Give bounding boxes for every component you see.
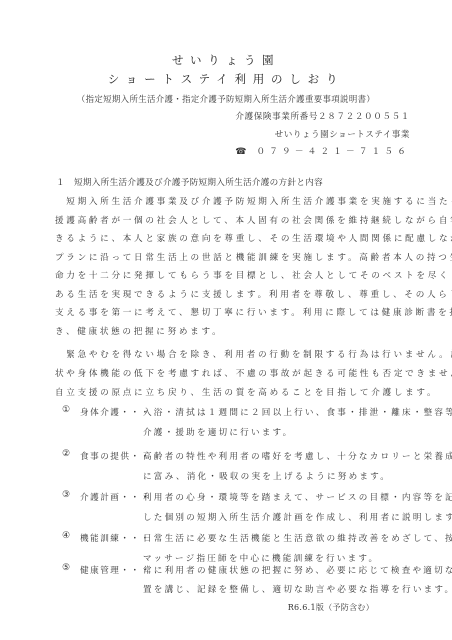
item-text-continued: 介護・援助を適切に行います。: [143, 426, 293, 438]
item-number: ④: [62, 531, 70, 541]
item-text: 常に利用者の健康状態の把握に努め、必要に応じて検査や適切な措: [143, 564, 452, 576]
item-text: 高齢者の特性や利用者の嗜好を考慮し、十分なカロリーと栄養成分: [143, 450, 452, 462]
section-number: １: [56, 176, 74, 188]
paragraph-line: 自立支援の原点に立ち戻り、生活の質を高めることを目指して介護します。: [55, 386, 438, 398]
document-subtitle: ショートステイ利用のしおり: [0, 71, 452, 87]
paragraph-line: き、健康状態の把握に努めます。: [55, 325, 223, 337]
item-text-continued: マッサージ指圧師を中心に機能訓練を行います。: [143, 552, 379, 564]
item-text-continued: に富み、消化・吸収の実を上げるように努めます。: [143, 470, 391, 482]
section-heading-text: 短期入所生活介護及び介護予防短期入所生活介護の方針と内容: [74, 178, 323, 188]
item-text: 入浴・清拭は１週間に２回以上行い、食事・排泄・離床・整容等の: [143, 406, 452, 418]
paragraph-line: 緊急やむを得ない場合を除き、利用者の行動を制限する行為は行いません。認知症の症: [55, 348, 452, 360]
item-number: ⑤: [62, 563, 70, 573]
paragraph-line: 支える事を第一に考えて、懇切丁寧に行います。利用に際しては健康診断書を提出して戴: [55, 306, 452, 318]
provider-number: 介護保険事業所番号２８７２２００５５１: [235, 110, 410, 122]
item-number: ②: [62, 449, 70, 459]
item-label: 身体介護・・・: [80, 406, 151, 418]
document-title: せいりょう園: [0, 52, 452, 68]
phone-number: ０７９－４２１－７１５６: [256, 147, 410, 157]
item-label: 機能訓練・・・: [80, 532, 151, 544]
document-description: （指定短期入所生活介護・指定介護予防短期入所生活介護重要事項説明書）: [0, 93, 452, 105]
paragraph-line: プランに沿って日常生活上の世話と機能訓練を実施します。高齢者本人の持つ生活力・生: [55, 251, 452, 263]
item-text: 日常生活に必要な生活機能と生活意欲の維持改善をめざして、按摩: [143, 532, 452, 544]
item-label: 介護計画・・・: [80, 491, 151, 503]
phone-icon: ☎: [235, 147, 246, 157]
paragraph-line: 状や身体機能の低下を考慮すれば、不慮の事故が起きる可能性も否定できませんが、常に: [55, 367, 452, 379]
paragraph-line: ある生活を実現できるように支援します。利用者を尊敬し、尊重し、その人らしい生活を: [55, 288, 452, 300]
item-label: 健康管理・・・: [80, 564, 151, 576]
paragraph-line: 命力を十二分に発揮してもらう事を目標とし、社会人としてそのベストを尽くし、尊厳の: [55, 269, 452, 281]
item-text-continued: 置を講じ、記録を整備し、適切な助言や必要な指導を行います。: [143, 583, 452, 595]
item-text-continued: した個別の短期入所生活介護計画を作成し、利用者に説明します。: [143, 511, 452, 523]
section-heading: １短期入所生活介護及び介護予防短期入所生活介護の方針と内容: [56, 176, 323, 188]
business-name: せいりょう園ショートステイ事業: [275, 128, 410, 140]
item-number: ③: [62, 490, 70, 500]
paragraph-line: きるように、本人と家族の意向を尊重し、その生活環境や人間関係に配慮しながら、ケア: [55, 232, 452, 244]
phone-line: ☎０７９－４２１－７１５６: [235, 145, 410, 157]
item-label: 食事の提供・・: [80, 450, 151, 462]
paragraph-line: 援護高齢者が一個の社会人として、本人固有の社会関係を維持継続しながら自宅で生活で: [55, 214, 452, 226]
version-label: R6.6.1版（予防含む）: [288, 602, 374, 613]
paragraph-line: 短期入所生活介護事業及び介護予防短期入所生活介護事業を実施するに当たっては、要: [55, 195, 452, 207]
item-number: ①: [62, 405, 70, 415]
item-text: 利用者の心身・環境等を踏まえて、サービスの目標・内容等を記載: [143, 491, 452, 503]
